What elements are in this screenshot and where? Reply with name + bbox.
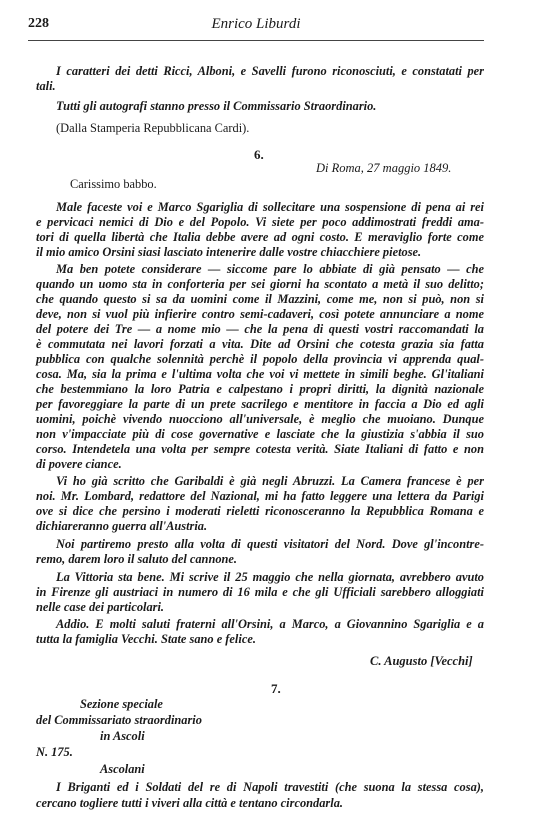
body-line: Ma ben potete considerare — siccome pare… <box>56 262 484 277</box>
body-line: tori di quella libertà che Italia debbe … <box>36 230 484 245</box>
body-line: è commutata nei lavori forzati a vita. D… <box>36 337 484 352</box>
body-line: ove si dice che persino i moderati riele… <box>36 504 484 519</box>
body-line: cosa. Ma, sia la prima e l'ultima volta … <box>36 367 484 382</box>
body-line: pubblica con qualche solennità perchè il… <box>36 352 484 367</box>
body-line: che quando questo si sa da uomini come i… <box>36 292 484 307</box>
body-line: Male faceste voi e Marco Sgariglia di so… <box>56 200 484 215</box>
body-line: cercano togliere tutti i viveri alla cit… <box>36 796 484 811</box>
body-line: noi. Mr. Lombard, redattore del Nazional… <box>36 489 484 504</box>
letter-number: 6. <box>254 147 264 163</box>
body-line: uomini, poichè vivendo nuocciono all'uni… <box>36 412 484 427</box>
body-line: quando un uomo sta in conforteria per se… <box>36 277 484 292</box>
heading-line: in Ascoli <box>100 729 145 744</box>
body-line: Vi ho già scritto che Garibaldi è già ne… <box>56 474 484 489</box>
body-line: corso. Intendetela una volta per sempre … <box>36 442 484 457</box>
intro-line: I caratteri dei detti Ricci, Alboni, e S… <box>56 64 484 79</box>
body-line: I Briganti ed i Soldati del re di Napoli… <box>56 780 484 795</box>
addressee: Ascolani <box>100 762 145 777</box>
body-line: Addio. E molti saluti fraterni all'Orsin… <box>56 617 484 632</box>
body-line: non v'impacciate più di cose governative… <box>36 427 484 442</box>
body-line: deve, non si vuol più infierire contro s… <box>36 307 484 322</box>
document-page: 228 Enrico Liburdi I caratteri dei detti… <box>0 0 550 823</box>
body-line: che bestemmiano la loro Patria e calpest… <box>36 382 484 397</box>
heading-line: del Commissariato straordinario <box>36 713 202 728</box>
page-header: 228 Enrico Liburdi <box>28 16 484 41</box>
source-note: (Dalla Stamperia Repubblicana Cardi). <box>56 121 484 136</box>
body-line: nelle case dei particolari. <box>36 600 484 615</box>
body-line: tutta la famiglia Vecchi. State sano e f… <box>36 632 484 647</box>
document-number: N. 175. <box>36 745 73 760</box>
heading-line: Sezione speciale <box>80 697 163 712</box>
running-title: Enrico Liburdi <box>28 16 484 33</box>
salutation: Carissimo babbo. <box>70 177 498 192</box>
body-line: il mio amico Orsini siasi lasciato inten… <box>36 245 484 260</box>
body-line: e pervicaci nemici di Dio e del Popolo. … <box>36 215 484 230</box>
body-line: dichiareranno guerra all'Austria. <box>36 519 484 534</box>
body-line: La Vittoria sta bene. Mi scrive il 25 ma… <box>56 570 484 585</box>
signature: C. Augusto [Vecchi] <box>370 654 473 669</box>
dateline: Di Roma, 27 maggio 1849. <box>316 161 451 176</box>
body-line: del potere dei Tre — a nome mio — che la… <box>36 322 484 337</box>
body-line: Noi partiremo presto alla volta di quest… <box>56 537 484 552</box>
body-line: remo, darem loro il saluto del cannone. <box>36 552 484 567</box>
body-line: di povere ciance. <box>36 457 484 472</box>
intro-line: tali. <box>36 79 484 94</box>
body-line: per favoreggiare la parte di un prete sa… <box>36 397 484 412</box>
body-line: in Firenze gli austriaci in numero di 16… <box>36 585 484 600</box>
letter-number: 7. <box>271 681 281 697</box>
intro-line: Tutti gli autografi stanno presso il Com… <box>56 99 484 114</box>
